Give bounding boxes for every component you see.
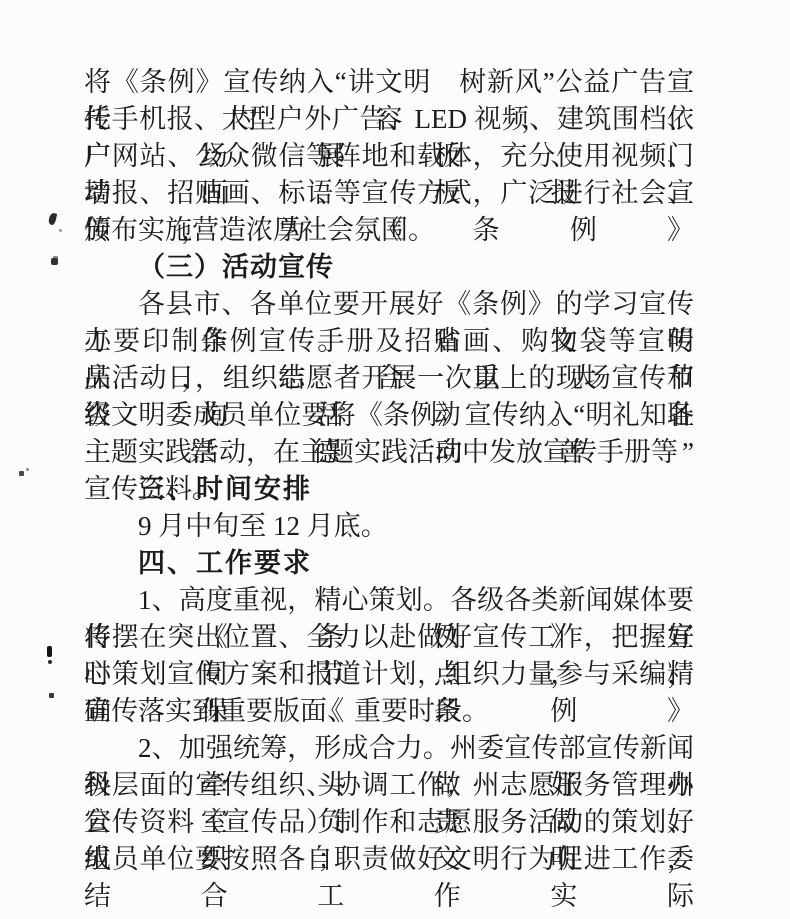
scan-speck [48, 212, 57, 225]
text-line: 传摆在突出位置、全力以赴做好宣传工作，把握好时间节点，精 [84, 619, 694, 656]
text-line: 办要印制条例宣传手册及招贴画、购物袋等宣传品，结合重大节 [84, 323, 694, 360]
scan-speck [19, 471, 24, 476]
text-line: 宣传资料（宣传品）制作和志愿服务活动的策划、组织；文明委 [84, 804, 694, 841]
text-line: 9 月中旬至 12 月底。 [84, 508, 694, 545]
text-line: 级文明委成员单位要将《条例》宣传纳入“明礼知耻·崇德向善” [84, 397, 694, 434]
scan-speck [51, 258, 58, 265]
text-line: 托手机报、大型户外广告、LED 视频、建筑围档、广场展板、门 [84, 101, 694, 138]
text-line: 级层面的宣传组织、协调工作；州志愿服务管理办公室负责做好 [84, 767, 694, 804]
scan-speck [49, 693, 54, 698]
section-heading-requirements: 四、工作要求 [84, 545, 694, 582]
document-text-block: 将《条例》宣传纳入“讲文明 树新风”公益广告宣传内容，依 托手机报、大型户外广告… [84, 64, 694, 878]
text-line: 1、高度重视，精心策划。各级各类新闻媒体要将《条例》宣 [84, 582, 694, 619]
scan-speck [48, 660, 52, 664]
text-line: 户网站、公众微信等阵地和载体，充分使用视频、动画、板报、 [84, 138, 694, 175]
text-line: 2、加强统筹，形成合力。州委宣传部宣传新闻科牵头做好州 [84, 730, 694, 767]
scan-speck [26, 468, 29, 471]
scan-speck [47, 646, 52, 657]
scan-speck [59, 229, 62, 232]
text-line: 庆活动日，组织志愿者开展一次以上的现场宣传和咨询活动。各 [84, 360, 694, 397]
text-line: 墙报、招贴画、标语等宣传方式，广泛进行社会宣传，为《条例》 [84, 175, 694, 212]
section-heading-schedule: 三、时间安排 [84, 471, 694, 508]
text-line: 心策划宣传方案和报道计划，组织力量参与采编，确保《条例》 [84, 656, 694, 693]
document-page: 将《条例》宣传纳入“讲文明 树新风”公益广告宣传内容，依 托手机报、大型户外广告… [0, 0, 790, 919]
text-line: 各县市、各单位要开展好《条例》的学习宣传工作。省文明 [84, 286, 694, 323]
text-line: 成员单位要按照各自职责做好文明行为促进工作，结合工作实际 [84, 841, 694, 878]
text-line: 将《条例》宣传纳入“讲文明 树新风”公益广告宣传内容，依 [84, 64, 694, 101]
text-line: 主题实践活动，在主题实践活动中发放宣传手册等宣传资料。 [84, 434, 694, 471]
section-heading-activity: （三）活动宣传 [84, 249, 694, 286]
